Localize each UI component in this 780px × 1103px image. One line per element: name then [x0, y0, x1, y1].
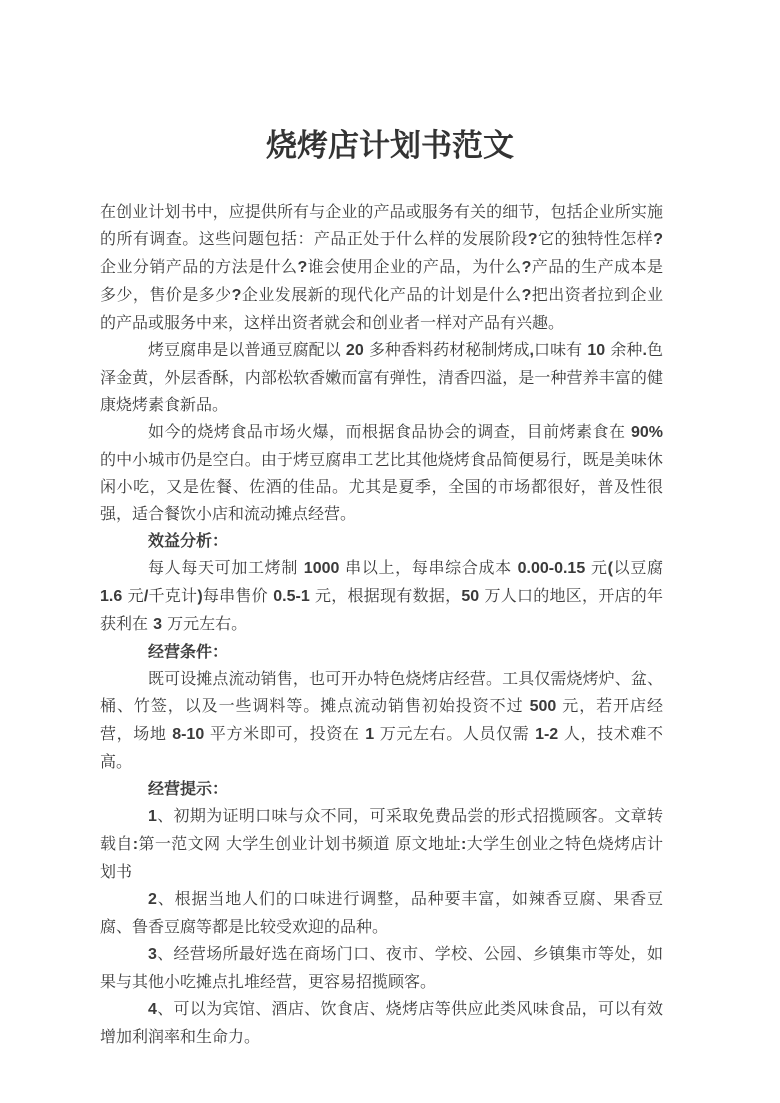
product-description-paragraph: 烤豆腐串是以普通豆腐配以 20 多种香料药材秘制烤成,口味有 10 余种.色泽金… — [100, 336, 663, 418]
market-analysis-paragraph: 如今的烧烤食品市场火爆，而根据食品协会的调查，目前烤素食在 90%的中小城市仍是… — [100, 418, 663, 527]
benefit-analysis-heading: 效益分析： — [100, 527, 663, 554]
tip-item-3: 3、经营场所最好选在商场门口、夜市、学校、公园、乡镇集市等处，如果与其他小吃摊点… — [100, 940, 663, 995]
tip-item-4: 4、可以为宾馆、酒店、饮食店、烧烤店等供应此类风味食品，可以有效增加利润率和生命… — [100, 995, 663, 1050]
document-body: 在创业计划书中，应提供所有与企业的产品或服务有关的细节，包括企业所实施的所有调查… — [100, 198, 663, 1050]
document-page: 烧烤店计划书范文 在创业计划书中，应提供所有与企业的产品或服务有关的细节，包括企… — [0, 0, 780, 1103]
tip-item-1: 1、初期为证明口味与众不同，可采取免费品尝的形式招揽顾客。文章转载自:第一范文网… — [100, 802, 663, 885]
intro-paragraph: 在创业计划书中，应提供所有与企业的产品或服务有关的细节，包括企业所实施的所有调查… — [100, 198, 663, 336]
operating-tips-heading: 经营提示： — [100, 775, 663, 802]
document-title: 烧烤店计划书范文 — [0, 0, 780, 165]
tip-item-2: 2、根据当地人们的口味进行调整，品种要丰富，如辣香豆腐、果香豆腐、鲁香豆腐等都是… — [100, 885, 663, 940]
operating-conditions-heading: 经营条件： — [100, 638, 663, 665]
operating-conditions-paragraph: 既可设摊点流动销售，也可开办特色烧烤店经营。工具仅需烧烤炉、盆、桶、竹签，以及一… — [100, 665, 663, 775]
benefit-analysis-paragraph: 每人每天可加工烤制 1000 串以上，每串综合成本 0.00-0.15 元(以豆… — [100, 554, 663, 638]
